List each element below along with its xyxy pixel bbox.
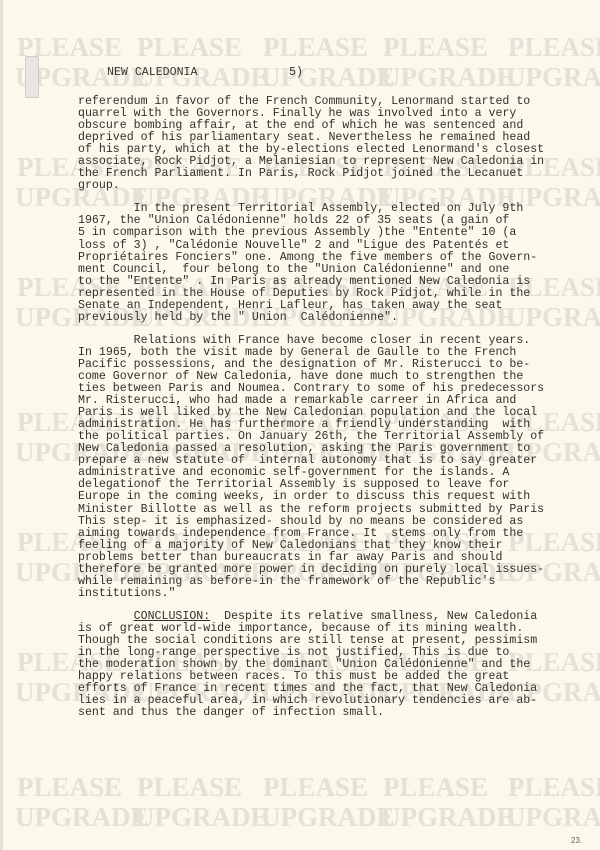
watermark-please: PLEASE bbox=[137, 774, 242, 801]
watermark-upgrade: UPGRADE bbox=[261, 64, 395, 91]
document-body: referendum in favor of the French Commun… bbox=[78, 96, 588, 719]
paragraph-referendum: referendum in favor of the French Commun… bbox=[78, 96, 588, 192]
paragraph-conclusion: CONCLUSION: Despite its relative smallne… bbox=[78, 611, 588, 719]
page-number: 23. bbox=[571, 836, 582, 845]
watermark-please: PLEASE bbox=[508, 774, 600, 801]
watermark-upgrade: UPGRADE bbox=[381, 64, 515, 91]
watermark-please: PLEASE bbox=[137, 34, 242, 61]
watermark-please: PLEASE bbox=[17, 774, 122, 801]
watermark-upgrade: UPGRADE bbox=[506, 804, 600, 831]
watermark-please: PLEASE bbox=[383, 774, 488, 801]
section-number: 5) bbox=[289, 66, 303, 79]
paper-clip-tab bbox=[25, 56, 39, 98]
watermark-upgrade: UPGRADE bbox=[15, 804, 149, 831]
watermark-please: PLEASE bbox=[263, 34, 368, 61]
watermark-upgrade: UPGRADE bbox=[261, 804, 395, 831]
watermark-please: PLEASE bbox=[508, 34, 600, 61]
document-title: NEW CALEDONIA bbox=[107, 66, 197, 79]
watermark-upgrade: UPGRADE bbox=[506, 64, 600, 91]
watermark-upgrade: UPGRADE bbox=[381, 804, 515, 831]
watermark-upgrade: UPGRADE bbox=[135, 804, 269, 831]
conclusion-heading: CONCLUSION: bbox=[134, 610, 211, 623]
document-page: PLEASEUPGRADEPLEASEUPGRADEPLEASEUPGRADEP… bbox=[0, 0, 600, 850]
paragraph-relations-france: Relations with France have become closer… bbox=[78, 335, 588, 600]
paragraph-territorial-assembly: In the present Territorial Assembly, ele… bbox=[78, 203, 588, 323]
watermark-please: PLEASE bbox=[383, 34, 488, 61]
watermark-please: PLEASE bbox=[263, 774, 368, 801]
